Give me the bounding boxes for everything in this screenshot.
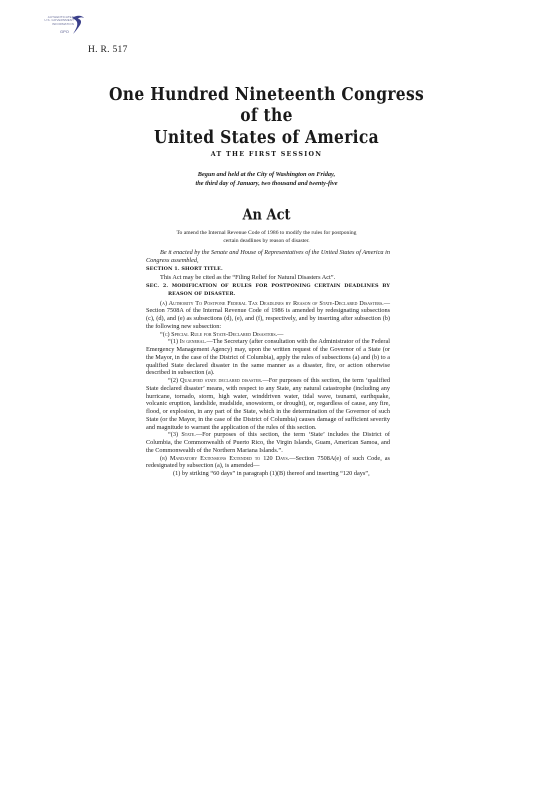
subsection-a-lead: (a) Authority To Postpone Federal Tax De… (160, 300, 384, 307)
section-1-text: This Act may be cited as the “Filing Rel… (146, 274, 390, 282)
subsection-b: (b) Mandatory Extensions Extended to 120… (146, 455, 390, 471)
paragraph-c2: “(2) Qualified state declared disaster.—… (146, 377, 390, 431)
paragraph-c1: “(1) In general.—The Secretary (after co… (146, 338, 390, 377)
begun-line-2: the third day of January, two thousand a… (0, 179, 533, 188)
paragraph-c3-lead: “(3) State. (168, 431, 196, 438)
section-2-heading: SEC. 2. MODIFICATION OF RULES FOR POSTPO… (146, 283, 390, 299)
paragraph-c2-text: —For purposes of this section, the term … (146, 377, 390, 431)
begun-statement: Begun and held at the City of Washington… (0, 170, 533, 188)
act-title-line-2: certain deadlines by reason of disaster. (0, 238, 533, 246)
paragraph-b1: (1) by striking “60 days” in paragraph (… (146, 470, 390, 478)
congress-heading-of-the: of the (0, 104, 533, 126)
bill-number: H. R. 517 (88, 45, 128, 55)
congress-heading: One Hundred Nineteenth Congress (0, 83, 533, 105)
enacting-clause: Be it enacted by the Senate and House of… (146, 249, 390, 265)
session-label: AT THE FIRST SESSION (0, 151, 533, 158)
eagle-icon (70, 14, 86, 36)
paragraph-c2-lead: “(2) Qualified state declared disaster. (168, 377, 262, 384)
paragraph-c1-lead: “(1) In general. (168, 338, 207, 345)
an-act-heading: An Act (0, 207, 533, 224)
bill-body: Be it enacted by the Senate and House of… (146, 249, 390, 478)
subsection-b-lead: (b) Mandatory Extensions Extended to 120… (160, 455, 289, 462)
congress-heading-usa: United States of America (0, 126, 533, 148)
gpo-mark: GPO (60, 29, 69, 34)
section-1-heading: SECTION 1. SHORT TITLE. (146, 266, 390, 274)
begun-line-1: Begun and held at the City of Washington… (0, 170, 533, 179)
logo-text-line: INFORMATION (36, 23, 74, 26)
act-title-line-1: To amend the Internal Revenue Code of 19… (0, 230, 533, 238)
logo-text: AUTHENTICATED U.S. GOVERNMENT INFORMATIO… (36, 16, 74, 26)
paragraph-c3: “(3) State.—For purposes of this section… (146, 431, 390, 454)
act-title: To amend the Internal Revenue Code of 19… (0, 230, 533, 245)
gpo-authenticated-logo: AUTHENTICATED U.S. GOVERNMENT INFORMATIO… (36, 14, 88, 44)
subsection-a: (a) Authority To Postpone Federal Tax De… (146, 300, 390, 331)
new-subsection-c-heading: “(c) Special Rule for State-Declared Dis… (146, 331, 390, 339)
